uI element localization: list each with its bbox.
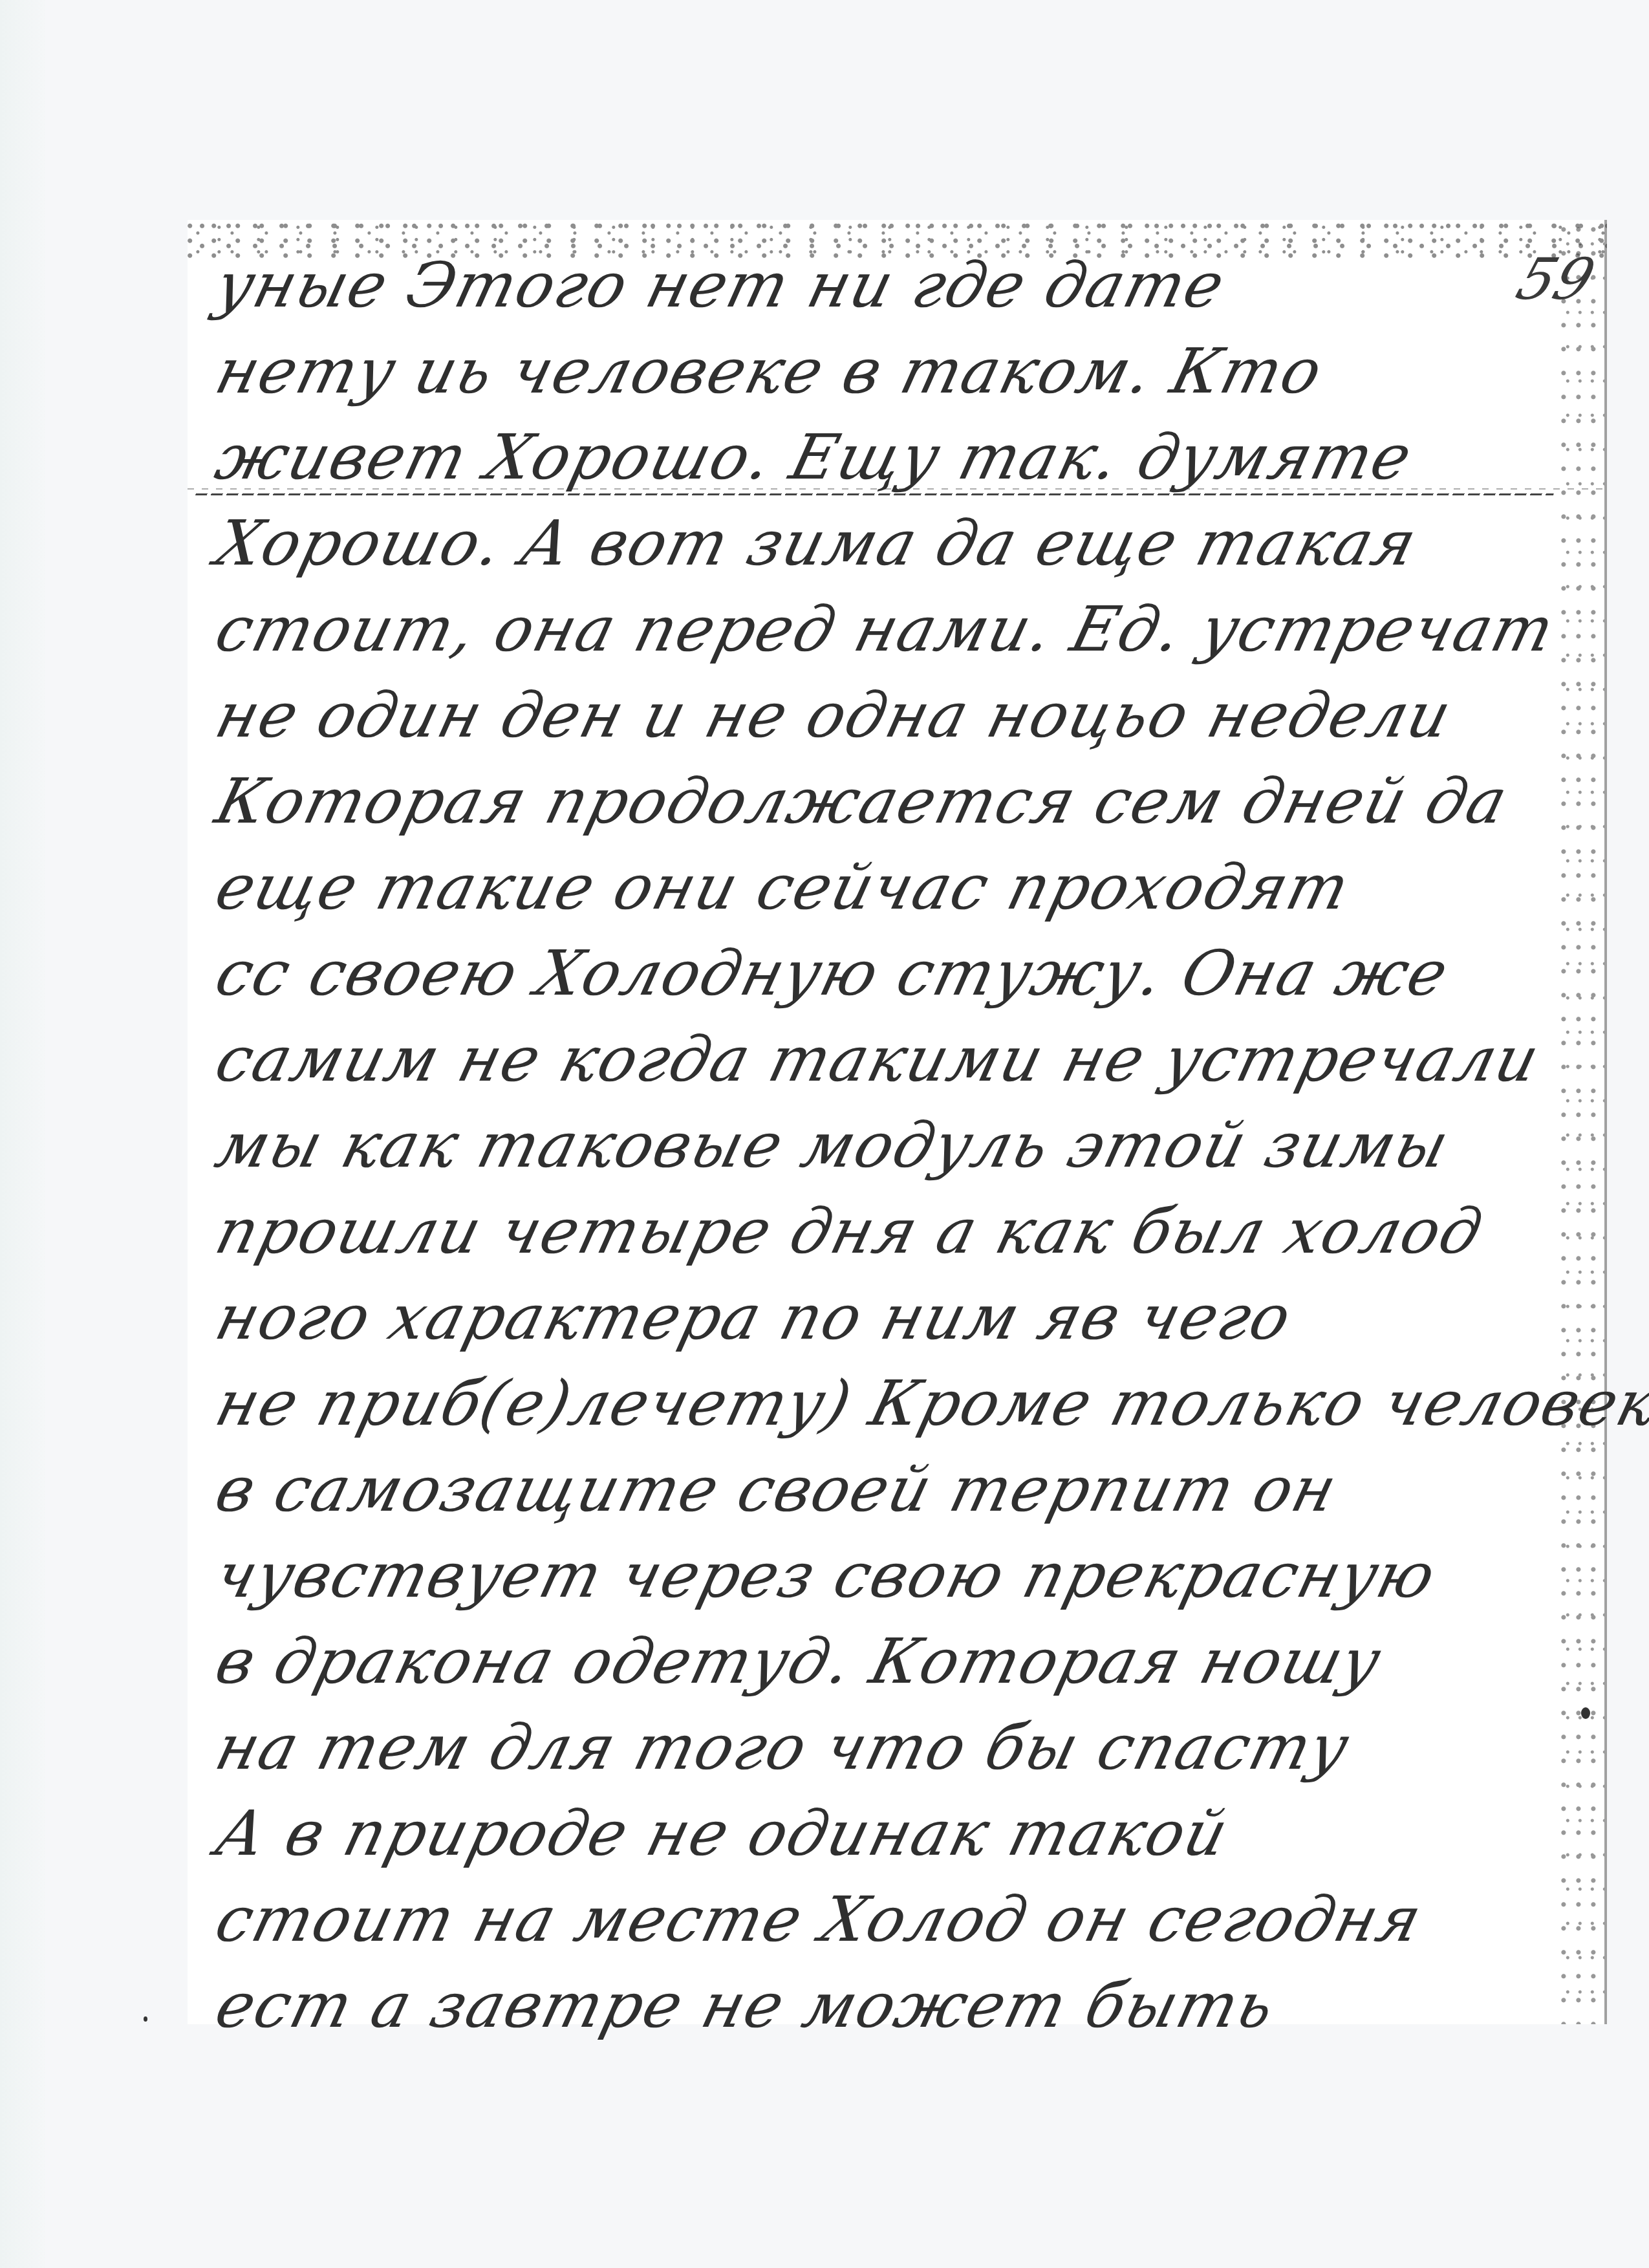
scan-edge bbox=[0, 0, 45, 2268]
text-line: еще такие они сейчас проходят bbox=[207, 845, 1573, 931]
text-line: ного характера по ним яв чего bbox=[207, 1275, 1573, 1361]
text-line: в самозащите своей терпит он bbox=[207, 1447, 1573, 1533]
text-line: нету иь человеке в таком. Кто bbox=[207, 329, 1573, 415]
text-line: сс своею Холодную стужу. Она же bbox=[207, 931, 1573, 1017]
handwritten-page: 59 уные Этого нет ни где дате нету иь че… bbox=[188, 220, 1607, 2024]
text-line: Которая продолжается сем дней да bbox=[207, 759, 1573, 845]
text-line: ест а завтре не может быть bbox=[207, 1963, 1573, 2049]
text-line: на тем для того что бы спасту bbox=[207, 1705, 1573, 1791]
text-line: стоит, она перед нами. Ед. устречат bbox=[207, 587, 1573, 673]
ink-speck bbox=[144, 2016, 147, 2022]
text-line: живет Хорошо. Ещу так. думяте bbox=[207, 415, 1573, 501]
text-line: чувствует через свою прекрасную bbox=[207, 1533, 1573, 1619]
text-line: в дракона одетуд. Которая ношу bbox=[207, 1619, 1573, 1705]
ink-blot bbox=[1581, 1707, 1590, 1719]
text-line: Хорошо. А вот зима да еще такая bbox=[207, 501, 1573, 587]
text-line: А в природе не одинак такой bbox=[207, 1791, 1573, 1877]
text-line: не один ден и не одна ноцьо недели bbox=[207, 673, 1573, 759]
text-line: стоит на месте Холод он сегодня bbox=[207, 1877, 1573, 1963]
text-line: не приб(е)лечету) Кроме только человек bbox=[207, 1361, 1573, 1447]
text-line: мы как таковые модуль этой зимы bbox=[207, 1103, 1573, 1189]
handwritten-text: уные Этого нет ни где дате нету иь челов… bbox=[207, 243, 1552, 2049]
text-line: самим не когда такими не устречали bbox=[207, 1017, 1573, 1103]
text-line: прошли четыре дня а как был холод bbox=[207, 1189, 1573, 1275]
text-line: уные Этого нет ни где дате bbox=[207, 243, 1573, 329]
